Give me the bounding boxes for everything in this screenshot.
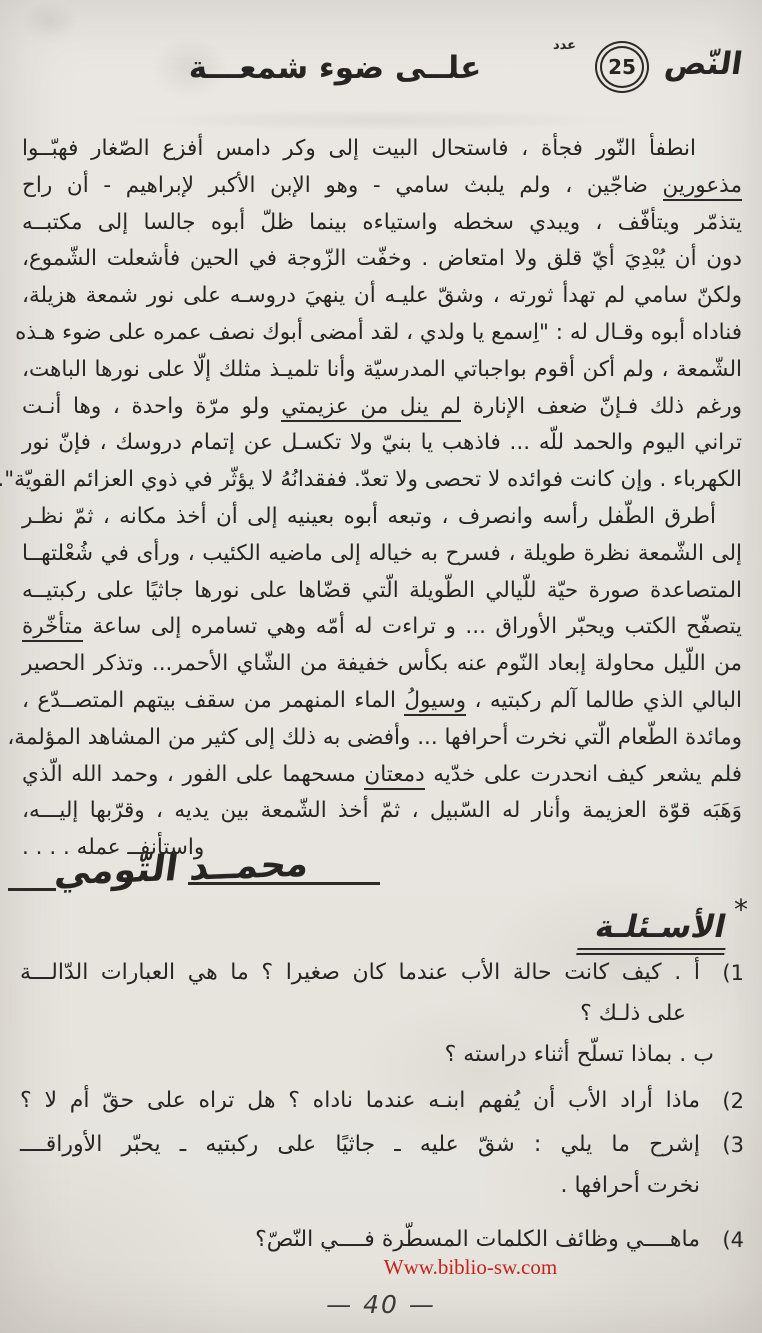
passage-text: يتذمّر ويتأفّف ، ويبدي سخطه واستياءه بين… xyxy=(22,210,742,235)
scanned-book-page: النّص 25 عدد علــى ضوء شمعـــة انطفأ الن… xyxy=(0,0,762,1333)
question-text: إشرح ما يلي : شقّ عليه ـ جاثيًا على ركبت… xyxy=(20,1126,700,1164)
passage-text: إلى الشّمعة نظرة طويلة ، فسرح به خياله إ… xyxy=(22,541,742,566)
passage-line: مذعورين ضاجّين ، ولم يلبث سامي - وهو الإ… xyxy=(22,168,742,205)
question-continuation: ب . بماذا تسلّح أثناء دراسته ؟ xyxy=(20,1036,714,1074)
passage-text: الماء المنهمر من سقف بيتهم المتصــدّع ، xyxy=(22,688,404,713)
passage-line: أطرق الطّفل رأسه وانصرف ، وتبعه أبوه بعي… xyxy=(22,499,742,536)
question-item: 1)أ . كيف كانت حالة الأب عندما كان صغيرا… xyxy=(20,954,744,1074)
passage-line: ورغم ذلك فـإنّ ضعف الإنارة لم ينل من عزي… xyxy=(22,389,742,426)
lesson-badge: النّص 25 عدد xyxy=(538,38,748,108)
question-continuation: نخرت أحرافها . xyxy=(20,1167,700,1205)
lesson-number-circle: 25 xyxy=(600,46,644,88)
passage-line: المتصاعدة صورة حيّة للّيالي الطّويلة الّ… xyxy=(22,573,742,610)
questions-list: 1)أ . كيف كانت حالة الأب عندما كان صغيرا… xyxy=(20,954,744,1259)
question-first-line: 3)إشرح ما يلي : شقّ عليه ـ جاثيًا على رك… xyxy=(20,1126,744,1164)
passage-text: دون أن يُبْدِيَ أيّ قلق ولا امتعاض . وخف… xyxy=(22,246,742,271)
question-number: 4) xyxy=(700,1221,744,1259)
passage-text: انطفأ النّور فجأة ، فاستحال البيت إلى وك… xyxy=(22,136,696,161)
passage-line: الشّمعة ، ولم أكن أقوم بواجباتي المدرسيّ… xyxy=(22,352,742,389)
passage-text: ومائدة الطّعام الّتي نخرت أحرافها ... وأ… xyxy=(7,725,742,750)
passage-text: ولكنّ سامي لم تهدأ ثورته ، وشقّ عليـه أن… xyxy=(22,283,742,308)
passage-line: يتصفّح الكتب ويحبّر الأوراق ... و تراءت … xyxy=(22,609,742,646)
question-item: 4)ماهــــي وظائف الكلمات المسطّرة فــــي… xyxy=(20,1221,744,1259)
passage-line: ولكنّ سامي لم تهدأ ثورته ، وشقّ عليـه أن… xyxy=(22,278,742,315)
underlined-word: متأخّرة xyxy=(22,614,83,642)
passage-text: فناداه أبوه وقـال له : "اِسمع يا ولدي ، … xyxy=(15,320,742,345)
passage-text: أطرق الطّفل رأسه وانصرف ، وتبعه أبوه بعي… xyxy=(22,504,716,529)
passage-text: من اللّيل محاولة إبعاد النّوم عنه بكأس خ… xyxy=(22,651,742,676)
questions-header: *الأسـئلـة xyxy=(581,893,749,945)
passage-text: الشّمعة ، ولم أكن أقوم بواجباتي المدرسيّ… xyxy=(22,357,742,382)
underlined-word: مذعورين xyxy=(663,173,742,201)
passage-line: ومائدة الطّعام الّتي نخرت أحرافها ... وأ… xyxy=(22,720,742,757)
page-number: — 40 — xyxy=(0,1290,762,1319)
question-text: ماذا أراد الأب أن يُفهم ابنـه عندما نادا… xyxy=(20,1082,700,1120)
passage-text: ولو مرّة واحدة ، وها أنـت xyxy=(22,394,281,419)
passage-text: مسحهما على الفور ، وحمد الله الّذي xyxy=(22,762,364,787)
underlined-word: دمعتان xyxy=(364,762,424,790)
passage-text: فلم يشعر كيف انحدرت على خدّيه xyxy=(425,762,742,787)
passage-line: انطفأ النّور فجأة ، فاستحال البيت إلى وك… xyxy=(22,131,742,168)
passage-text: ضاجّين ، ولم يلبث سامي - وهو الإبن الأكب… xyxy=(22,173,663,198)
passage-text: الكهرباء . وإن كانت فوائده لا تحصى ولا ت… xyxy=(0,467,742,492)
underlined-word: لم ينل من عزيمتي xyxy=(281,394,461,422)
passage-line: دون أن يُبْدِيَ أيّ قلق ولا امتعاض . وخف… xyxy=(22,241,742,278)
passage-line: فلم يشعر كيف انحدرت على خدّيه دمعتان مسح… xyxy=(22,757,742,794)
question-item: 3)إشرح ما يلي : شقّ عليه ـ جاثيًا على رك… xyxy=(20,1126,744,1205)
author-signature-block: محمــد التّومي xyxy=(0,846,420,908)
passage-line: وَهَبَه قوّة العزيمة وأنار له السّبيل ، … xyxy=(22,793,742,830)
lesson-number: 25 xyxy=(608,55,636,79)
question-item: 2)ماذا أراد الأب أن يُفهم ابنـه عندما نا… xyxy=(20,1082,744,1120)
passage-line: يتذمّر ويتأفّف ، ويبدي سخطه واستياءه بين… xyxy=(22,205,742,242)
question-first-line: 2)ماذا أراد الأب أن يُفهم ابنـه عندما نا… xyxy=(20,1082,744,1120)
author-signature: محمــد التّومي xyxy=(52,844,311,894)
badge-small-label: عدد xyxy=(553,38,576,53)
passage-text: وَهَبَه قوّة العزيمة وأنار له السّبيل ، … xyxy=(22,798,742,823)
questions-title: الأسـئلـة xyxy=(576,909,733,955)
passage-line: تراني اليوم والحمد للّه ... فاذهب يا بني… xyxy=(22,425,742,462)
asterisk-icon: * xyxy=(734,893,748,926)
passage-line: الكهرباء . وإن كانت فوائده لا تحصى ولا ت… xyxy=(22,462,742,499)
question-first-line: 1)أ . كيف كانت حالة الأب عندما كان صغيرا… xyxy=(20,954,744,992)
badge-label: النّص xyxy=(662,46,744,82)
passage-text: تراني اليوم والحمد للّه ... فاذهب يا بني… xyxy=(22,430,742,455)
question-first-line: 4)ماهــــي وظائف الكلمات المسطّرة فــــي… xyxy=(20,1221,744,1259)
passage-text: يتصفّح الكتب ويحبّر الأوراق ... و تراءت … xyxy=(83,614,742,639)
underlined-word: وسيولُ xyxy=(404,688,466,716)
passage-text: البالي الذي طالما آلم ركبتيه ، xyxy=(466,688,742,713)
watermark-url: Www.biblio-sw.com xyxy=(378,1255,563,1280)
passage-line: البالي الذي طالما آلم ركبتيه ، وسيولُ ال… xyxy=(22,683,742,720)
question-continuation: على ذلـك ؟ xyxy=(20,995,686,1033)
passage-line: من اللّيل محاولة إبعاد النّوم عنه بكأس خ… xyxy=(22,646,742,683)
passage-text: المتصاعدة صورة حيّة للّيالي الطّويلة الّ… xyxy=(22,578,742,603)
passage-line: إلى الشّمعة نظرة طويلة ، فسرح به خياله إ… xyxy=(22,536,742,573)
question-number: 3) xyxy=(700,1126,744,1164)
passage-text: ورغم ذلك فـإنّ ضعف الإنارة xyxy=(461,394,742,419)
signature-rule xyxy=(188,882,380,885)
question-number: 2) xyxy=(700,1082,744,1120)
question-number: 1) xyxy=(700,954,744,992)
question-text: أ . كيف كانت حالة الأب عندما كان صغيرا ؟… xyxy=(20,954,700,992)
page-title: علــى ضوء شمعـــة xyxy=(180,50,490,86)
passage-line: فناداه أبوه وقـال له : "اِسمع يا ولدي ، … xyxy=(22,315,742,352)
question-text: ماهــــي وظائف الكلمات المسطّرة فــــي ا… xyxy=(20,1221,700,1259)
signature-dash xyxy=(8,888,56,891)
reading-passage: انطفأ النّور فجأة ، فاستحال البيت إلى وك… xyxy=(22,131,742,867)
